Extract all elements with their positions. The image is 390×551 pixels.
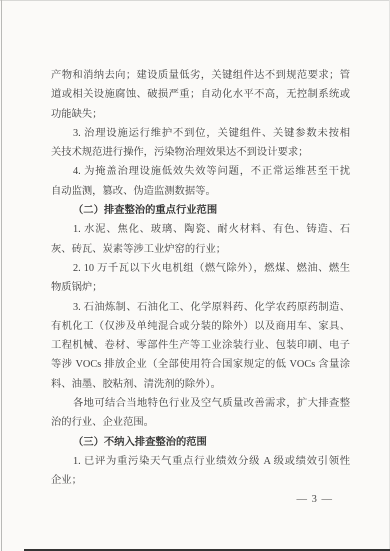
text-line: 工程机械、卷材、零部件生产等工业涂装行业、包装印刷、电子	[51, 336, 350, 355]
scan-edge-top	[0, 0, 390, 1]
text-line: 功能缺失；	[51, 105, 350, 124]
text-line: 等涉 VOCs 排放企业（全部使用符合国家规定的低 VOCs 含量涂	[51, 355, 350, 374]
text-line: 自动监测，篡改、伪造监测数据等。	[51, 182, 350, 201]
text-line: 物质锅炉；	[51, 278, 350, 297]
section-heading: （三）不纳入排查整治的范围	[51, 433, 350, 452]
text-line: 3. 治理设施运行维护不到位，关键组件、关键参数未按相	[51, 124, 350, 143]
document-body: 产物和消纳去向；建设质量低劣，关键组件达不到规范要求；管 道或相关设施腐蚀、破损…	[51, 66, 350, 491]
text-line: 关技术规范进行操作，污染物治理效果达不到设计要求；	[51, 143, 350, 162]
text-line: 1. 已评为重污染天气重点行业绩效分级 A 级或绩效引领性	[51, 452, 350, 471]
text-line: 3. 石油炼制、石油化工、化学原料药、化学农药原药制造、	[51, 298, 350, 317]
text-line: 各地可结合当地特色行业及空气质量改善需求，扩大排查整	[51, 394, 350, 413]
text-line: 1. 水泥、焦化、玻璃、陶瓷、耐火材料、有色、铸造、石	[51, 220, 350, 239]
page-number: — 3 —	[297, 494, 334, 505]
text-line: 治的行业、企业范围。	[51, 413, 350, 432]
document-page: 产物和消纳去向；建设质量低劣，关键组件达不到规范要求；管 道或相关设施腐蚀、破损…	[0, 0, 390, 551]
scan-edge-left	[1, 0, 2, 551]
text-line: 2. 10 万千瓦以下火电机组（燃气除外），燃煤、燃油、燃生	[51, 259, 350, 278]
text-line: 料、油墨、胶粘剂、清洗剂的除外）。	[51, 375, 350, 394]
text-line: 产物和消纳去向；建设质量低劣，关键组件达不到规范要求；管	[51, 66, 350, 85]
section-heading: （二）排查整治的重点行业范围	[51, 201, 350, 220]
text-line: 道或相关设施腐蚀、破损严重；自动化水平不高，无控制系统或	[51, 85, 350, 104]
text-line: 有机化工（仅涉及单纯混合或分装的除外）以及商用车、家具、	[51, 317, 350, 336]
text-line: 4. 为掩盖治理设施低效失效等问题，不正常运维甚至干扰	[51, 162, 350, 181]
text-line: 灰、砖瓦、炭素等涉工业炉窑的行业；	[51, 240, 350, 259]
text-line: 企业；	[51, 471, 350, 490]
